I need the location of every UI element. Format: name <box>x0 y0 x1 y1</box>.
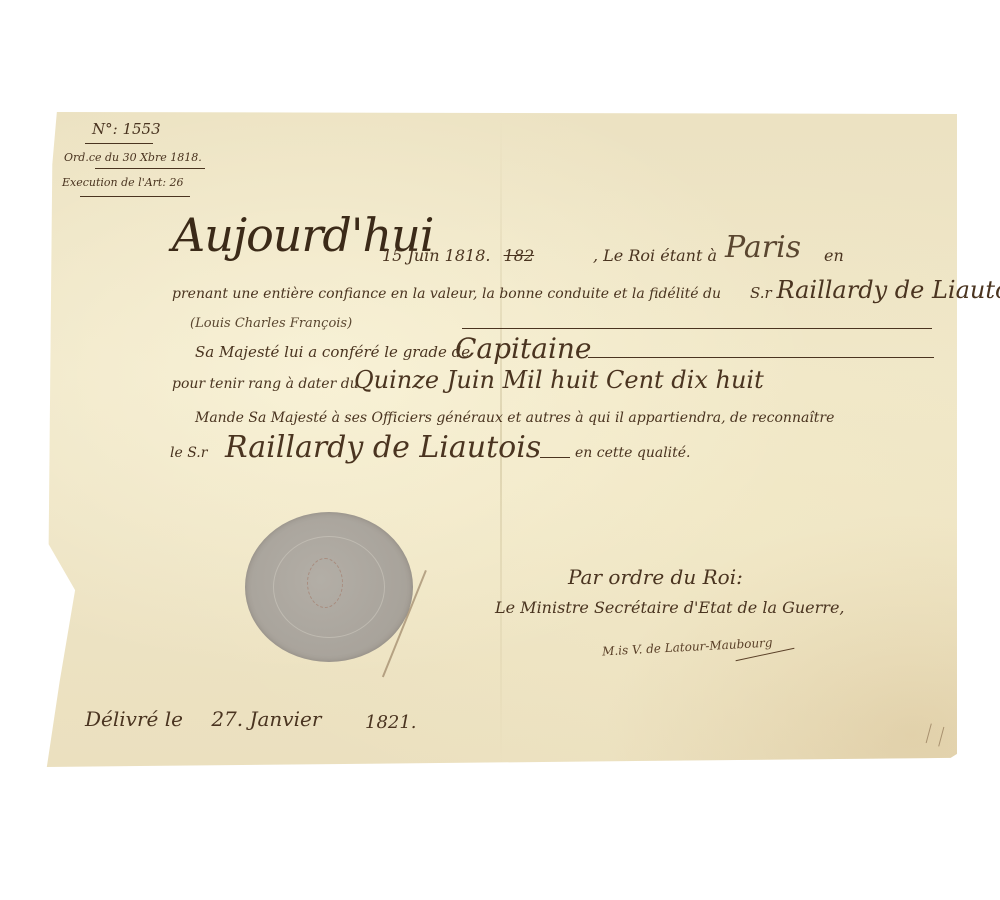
seniority-clause: pour tenir rang à dater du <box>172 376 359 392</box>
command-name: Raillardy de Liautois <box>225 430 541 465</box>
command-clause: Mande Sa Majesté à ses Officiers générau… <box>195 410 834 426</box>
wafer-seal <box>245 512 413 662</box>
register-number: N°: 1553 <box>92 120 161 138</box>
seniority-date-words: Quinze Juin Mil huit Cent dix huit <box>354 366 764 394</box>
trust-clause: prenant une entière confiance en la vale… <box>172 286 721 302</box>
delivery-label: Délivré le <box>85 707 183 731</box>
fill-rule <box>588 357 934 358</box>
command-prefix: le S.r <box>170 445 207 461</box>
title-abbrev: S.r <box>750 284 772 302</box>
issue-date: 15 Juin 1818. 182 <box>382 246 534 265</box>
en-word: en <box>824 246 844 265</box>
register-underline <box>95 168 205 169</box>
register-execution: Execution de l'Art: 26 <box>62 176 184 189</box>
seal-emblem <box>307 558 343 608</box>
struck-year: 182 <box>504 246 535 265</box>
recipient-line: S.r Raillardy de Liautois <box>750 276 1000 304</box>
place-name: Paris <box>725 230 801 265</box>
delivery-line: Délivré le 27. Janvier <box>85 707 321 731</box>
minister-title: Le Ministre Secrétaire d'Etat de la Guer… <box>495 598 845 617</box>
delivery-date: 27. Janvier <box>211 707 321 731</box>
register-underline <box>85 143 153 144</box>
register-underline <box>80 196 190 197</box>
recipient-name: Raillardy de Liautois <box>776 276 1000 304</box>
command-suffix: en cette qualité. <box>575 445 691 461</box>
king-clause: , Le Roi étant à <box>593 246 717 265</box>
conferral-clause: Sa Majesté lui a conféré le grade de <box>195 343 470 361</box>
delivery-year: 1821. <box>365 712 417 733</box>
given-names: (Louis Charles François) <box>190 316 352 331</box>
issue-date-value: 15 Juin 1818. <box>382 246 490 265</box>
register-ordonnance: Ord.ce du 30 Xbre 1818. <box>64 151 202 164</box>
rank-value: Capitaine <box>455 332 592 365</box>
par-ordre-heading: Par ordre du Roi: <box>568 565 743 589</box>
fill-rule <box>462 328 932 329</box>
fill-rule <box>540 457 570 458</box>
